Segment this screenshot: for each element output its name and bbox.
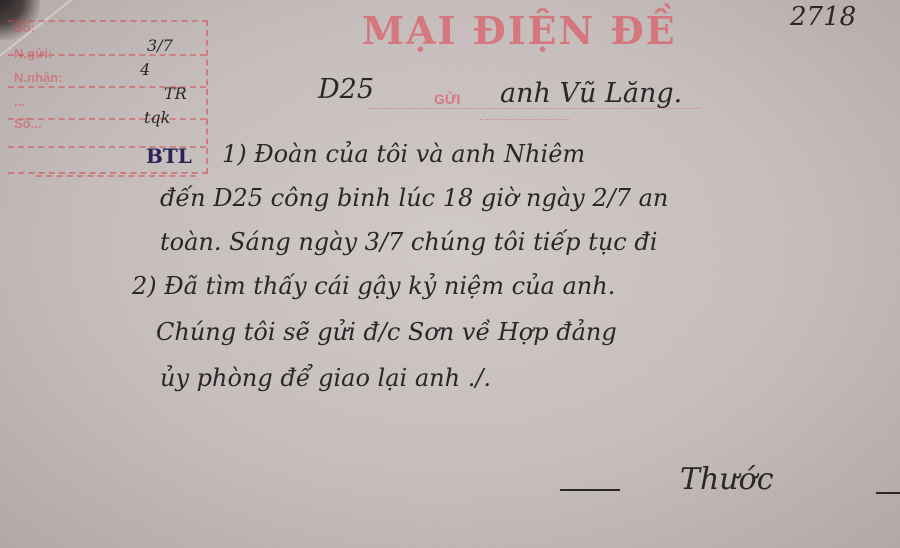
margin-code-btl: BTL: [146, 144, 192, 168]
stamp-underline: [480, 119, 570, 120]
margin-date-bottom: 4: [140, 60, 150, 79]
body-line-5: Chúng tôi sẽ gửi đ/c Sơn về Hợp đảng: [156, 318, 617, 346]
stamp-bottom-rule: [36, 175, 196, 177]
body-line-6: ủy phòng để giao lại anh ./.: [160, 364, 491, 392]
margin-code-tqk: tqk: [144, 108, 170, 127]
body-line-2: đến D25 công binh lúc 18 giờ ngày 2/7 an: [160, 184, 668, 212]
body-line-4: 2) Đã tìm thấy cái gậy kỷ niệm của anh.: [132, 272, 615, 300]
margin-date-top: 3/7: [147, 36, 173, 55]
stamp-field-so: Số:: [14, 20, 35, 35]
stamp-field-so-2: Số...: [14, 116, 41, 131]
margin-code-tr: TR: [164, 84, 187, 103]
stamp-field-blank: ...: [14, 94, 25, 109]
stamp-field-nguoi-gui: N.gửi:: [14, 46, 52, 61]
signature-dash-right: [876, 492, 900, 494]
stamp-field-nguoi-nhan: N.nhận:: [14, 70, 62, 85]
signature: Thước: [680, 462, 774, 497]
unit-code: D25: [318, 74, 374, 105]
body-line-3: toàn. Sáng ngày 3/7 chúng tôi tiếp tục đ…: [160, 228, 657, 256]
signature-dash-left: [560, 489, 620, 491]
stamp-heading: MẠI ĐIỆN ĐỀ: [362, 8, 677, 53]
recipient-name: anh Vũ Lăng.: [500, 78, 682, 109]
document-number: 2718: [790, 2, 856, 32]
stamp-label-gui: GỬI: [434, 91, 460, 107]
body-line-1: 1) Đoàn của tôi và anh Nhiêm: [222, 140, 585, 168]
